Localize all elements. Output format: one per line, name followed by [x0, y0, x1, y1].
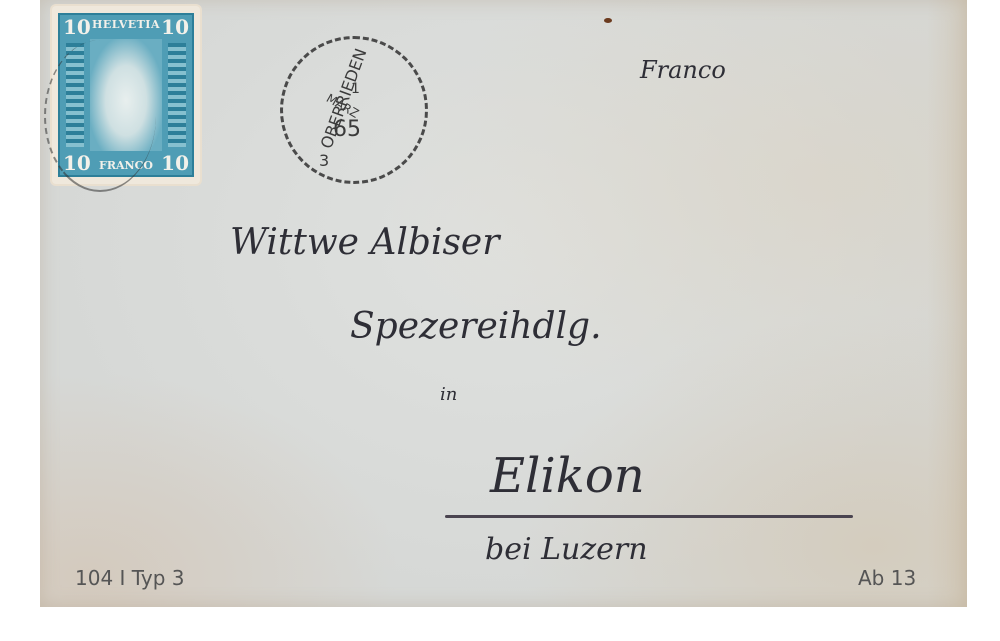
postmark-extra: 3 [319, 151, 329, 170]
address-business: Spezereihdlg. [350, 306, 602, 347]
address-name: Wittwe Albiser [230, 222, 499, 263]
pencil-note-ab: Ab 13 [858, 566, 916, 590]
postmark: OBERRIEDEN 1 MARZ 65 3 [280, 36, 428, 184]
stamp-right-ornament [168, 43, 186, 147]
postmark-year: 65 [333, 117, 361, 142]
postmark-day: 1 [351, 81, 360, 97]
address-town: Elikon [490, 448, 645, 504]
pencil-note-catalog: 104 I Typ 3 [75, 566, 185, 590]
stamp-value-top-left: 10 [63, 15, 91, 39]
stamp-value-top-right: 10 [161, 15, 189, 39]
address-region: bei Luzern [485, 532, 648, 567]
address-in: in [440, 384, 457, 405]
stamp-country: HELVETIA [90, 18, 162, 31]
franco-note: Franco [640, 56, 726, 84]
ink-spot [604, 18, 612, 23]
stamp-value-bottom-right: 10 [161, 151, 189, 175]
cancellation-mark [44, 40, 156, 192]
town-underline [445, 515, 853, 518]
